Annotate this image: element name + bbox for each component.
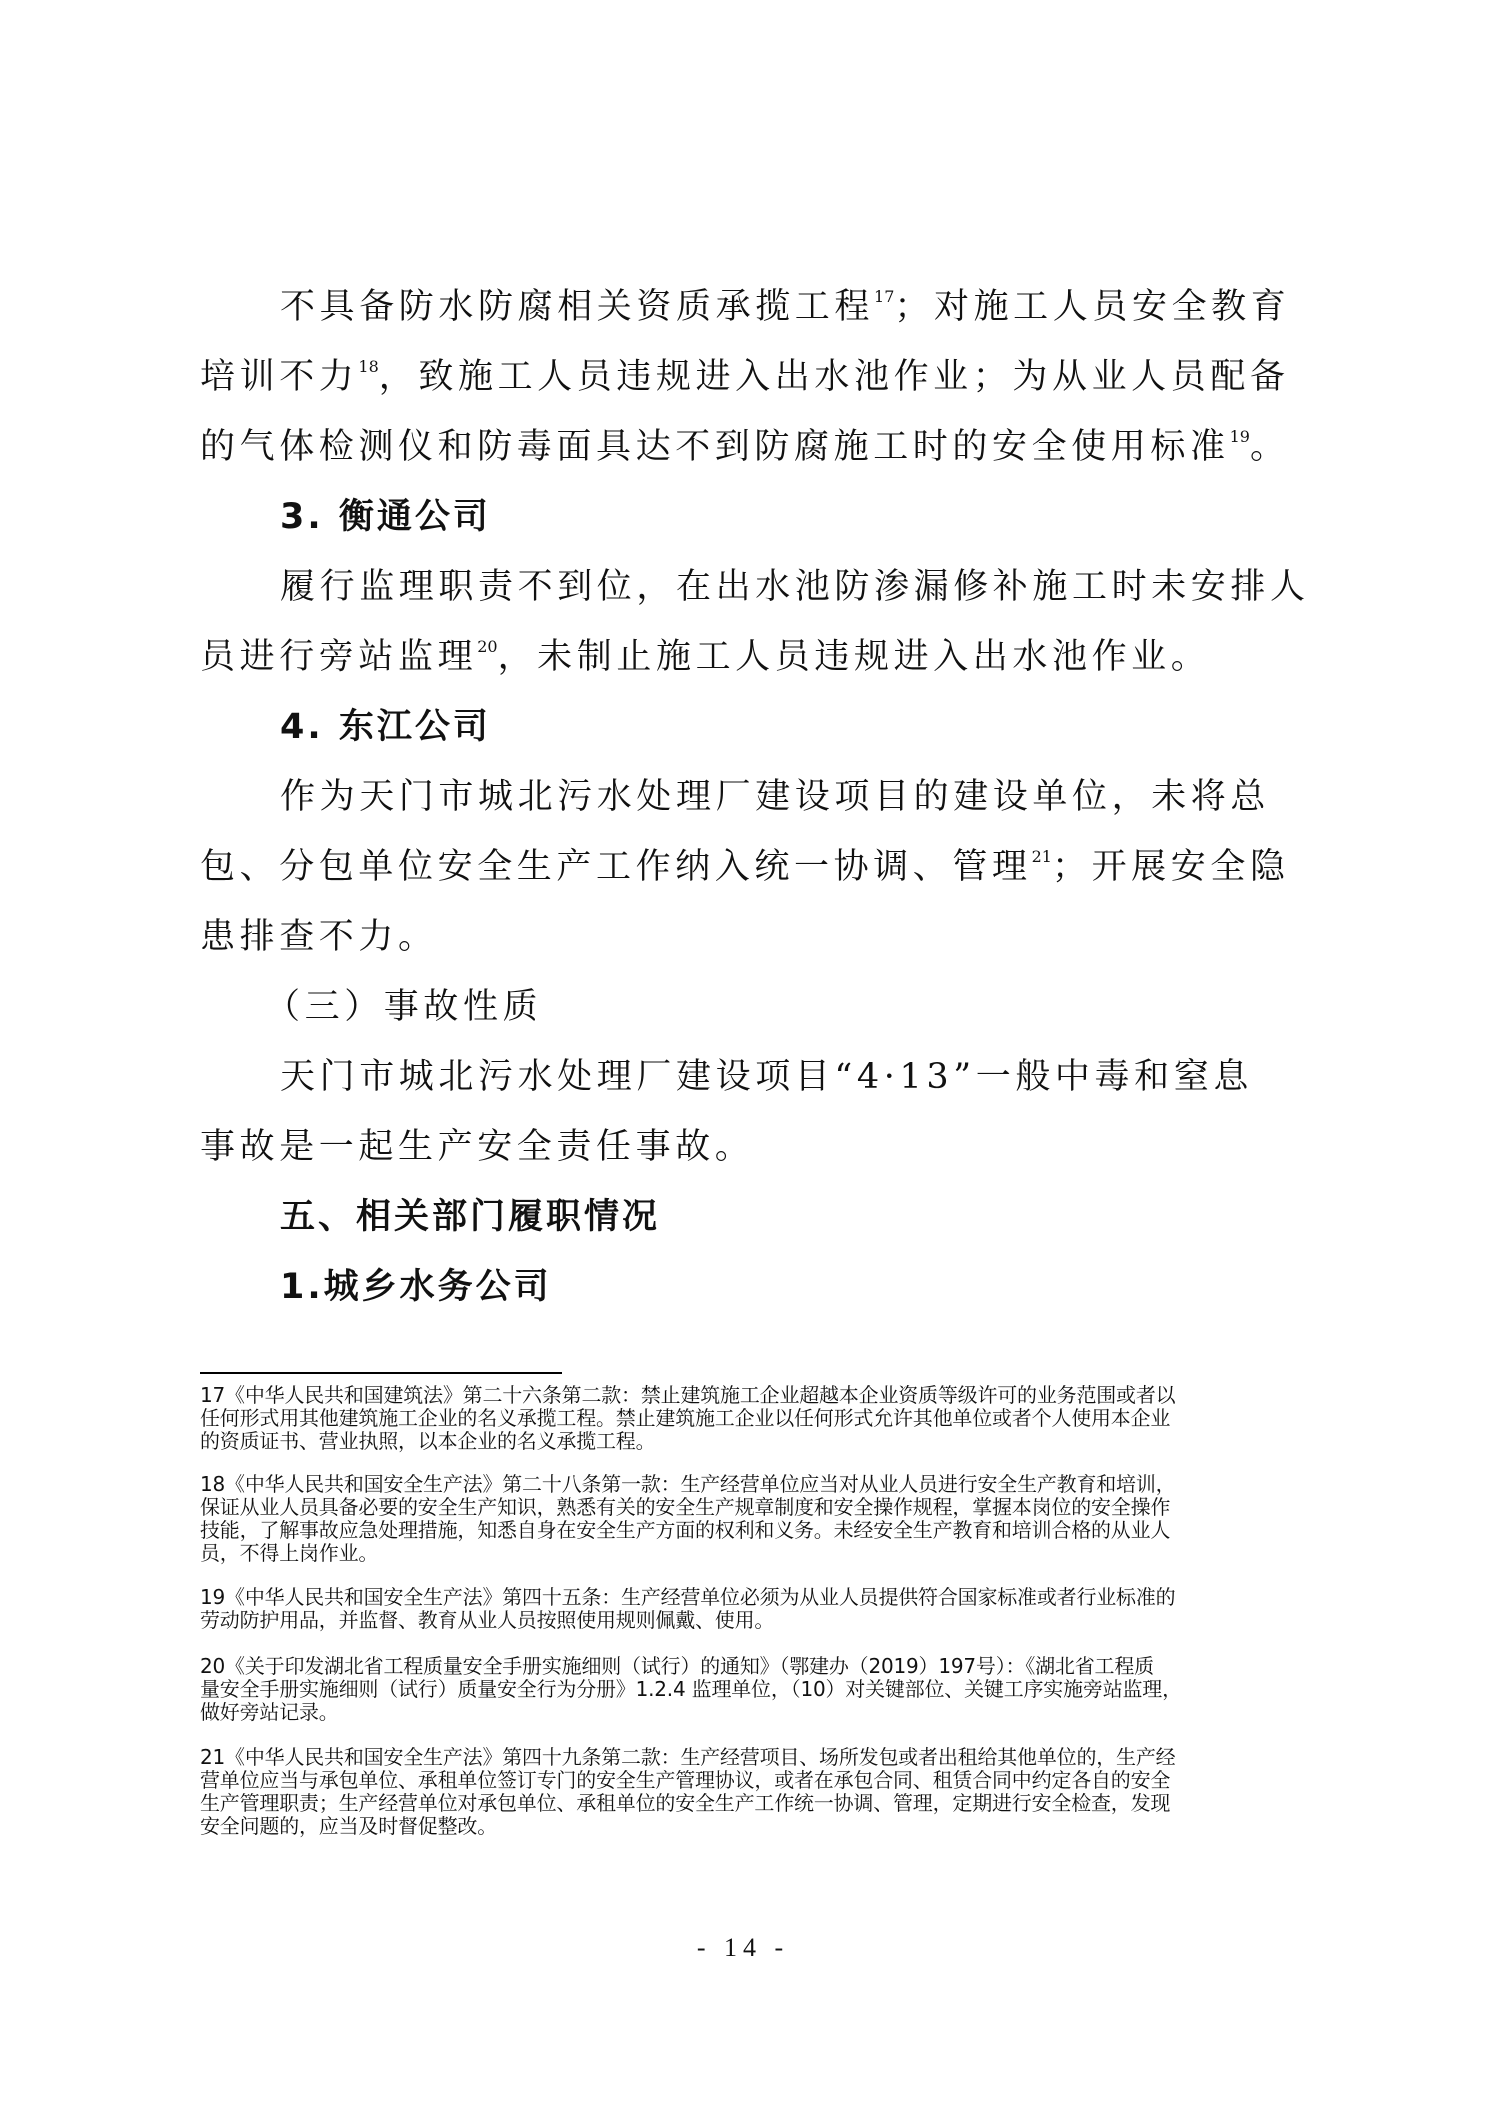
- footnote-17: 17《中华人民共和国建筑法》第二十六条第二款：禁止建筑施工企业超越本企业资质等级…: [200, 1384, 1310, 1453]
- body-line: 培训不力18，致施工人员违规进入出水池作业；为从业人员配备: [200, 357, 1305, 397]
- body-line: 员进行旁站监理20，未制止施工人员违规进入出水池作业。: [200, 637, 1305, 677]
- footnote-19: 19《中华人民共和国安全生产法》第四十五条：生产经营单位必须为从业人员提供符合国…: [200, 1586, 1310, 1632]
- footnote-ref-21[interactable]: 21: [1032, 847, 1052, 866]
- body-line: 包、分包单位安全生产工作纳入统一协调、管理21；开展安全隐: [200, 847, 1305, 887]
- document-page: 不具备防水防腐相关资质承揽工程17；对施工人员安全教育 培训不力18，致施工人员…: [0, 0, 1486, 2103]
- footnote-separator: [200, 1372, 562, 1374]
- body-line: 作为天门市城北污水处理厂建设项目的建设单位，未将总: [280, 777, 1385, 817]
- body-line: 的气体检测仪和防毒面具达不到防腐施工时的安全使用标准19。: [200, 427, 1305, 467]
- body-line: 患排查不力。: [200, 917, 1305, 957]
- footnote-ref-20[interactable]: 20: [477, 637, 497, 656]
- heading-hengtong: 3. 衡通公司: [280, 497, 1385, 537]
- footnote-18: 18《中华人民共和国安全生产法》第二十八条第一款：生产经营单位应当对从业人员进行…: [200, 1473, 1310, 1565]
- body-line: 履行监理职责不到位，在出水池防渗漏修补施工时未安排人: [280, 567, 1385, 607]
- body-line: 事故是一起生产安全责任事故。: [200, 1127, 1305, 1167]
- subheading-accident-nature: （三）事故性质: [265, 987, 1370, 1027]
- heading-dongjiang: 4. 东江公司: [280, 707, 1385, 747]
- footnote-ref-19[interactable]: 19: [1230, 427, 1250, 446]
- body-line: 天门市城北污水处理厂建设项目“4·13”一般中毒和窒息: [280, 1057, 1385, 1097]
- footnote-ref-18[interactable]: 18: [358, 357, 378, 376]
- page-number: - 14 -: [0, 1933, 1486, 1963]
- footnote-21: 21《中华人民共和国安全生产法》第四十九条第二款：生产经营项目、场所发包或者出租…: [200, 1746, 1310, 1838]
- heading-water-company: 1.城乡水务公司: [280, 1267, 1385, 1307]
- footnote-ref-17[interactable]: 17: [874, 287, 894, 306]
- footnote-20: 20《关于印发湖北省工程质量安全手册实施细则（试行）的通知》（鄂建办（2019）…: [200, 1655, 1310, 1724]
- body-line: 不具备防水防腐相关资质承揽工程17；对施工人员安全教育: [280, 287, 1385, 327]
- section-heading-5: 五、相关部门履职情况: [280, 1197, 1385, 1237]
